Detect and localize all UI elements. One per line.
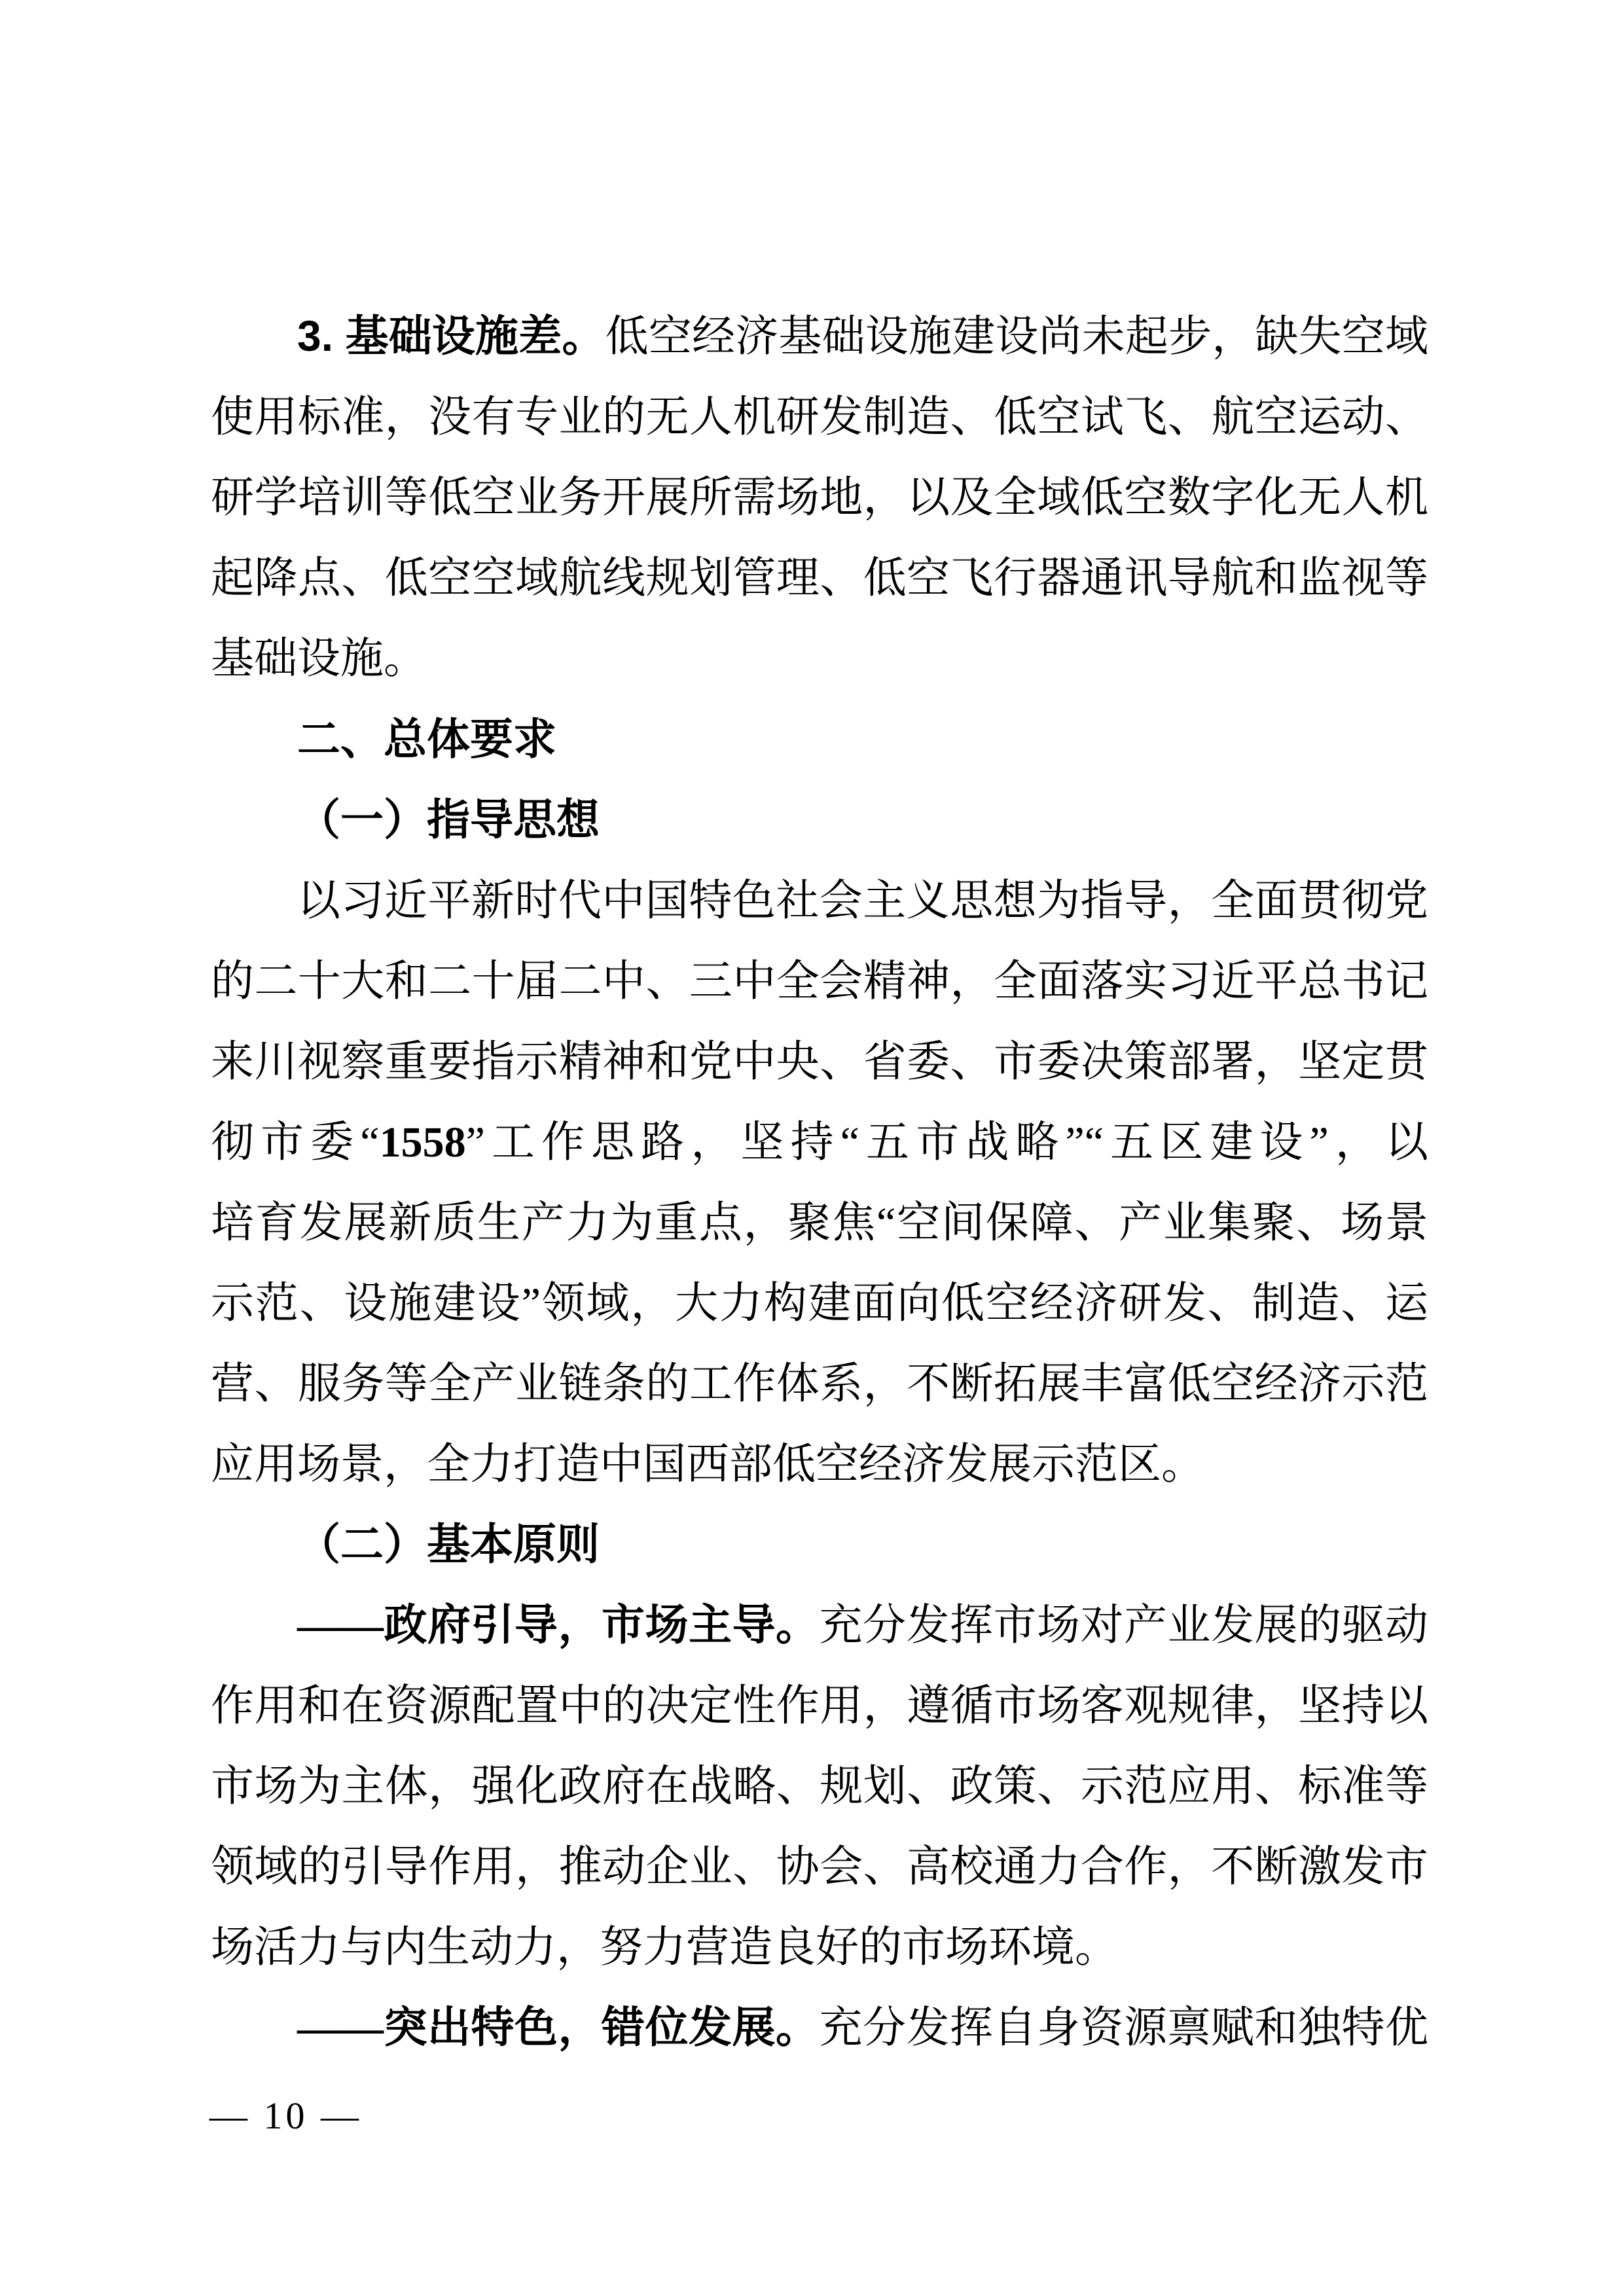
text-line: 基础设施。 — [211, 619, 1428, 699]
emphasis-text-run: 1558 — [380, 1119, 466, 1166]
text-line: 示范、设施建设”领域，大力构建面向低空经济研发、制造、运 — [211, 1263, 1428, 1344]
text-line: 营、服务等全产业链条的工作体系，不断拓展丰富低空经济示范 — [211, 1344, 1428, 1424]
text-line: 的二十大和二十届二中、三中全会精神，全面落实习近平总书记 — [211, 941, 1428, 1022]
text-run: 彻市委“ — [211, 1119, 380, 1166]
text-run: 充分发挥自身资源禀赋和独特优 — [820, 2004, 1429, 2052]
text-line: 市场为主体，强化政府在战略、规划、政策、示范应用、标准等 — [211, 1746, 1428, 1827]
text-line: 使用标准，没有专业的无人机研发制造、低空试飞、航空运动、 — [211, 377, 1428, 457]
text-line: ——政府引导，市场主导。充分发挥市场对产业发展的驱动 — [211, 1585, 1428, 1666]
text-line: 二、总体要求 — [211, 699, 1428, 780]
document-page: 3. 基础设施差。低空经济基础设施建设尚未起步，缺失空域使用标准，没有专业的无人… — [0, 0, 1624, 2296]
emphasis-text-run: ——政府引导，市场主导。 — [297, 1602, 820, 1649]
text-run: 领域的引导作用，推动企业、协会、高校通力合作，不断激发市 — [211, 1843, 1428, 1891]
text-line: ——突出特色，错位发展。充分发挥自身资源禀赋和独特优 — [211, 1988, 1428, 2068]
text-run: 低空经济基础设施建设尚未起步，缺失空域 — [605, 313, 1428, 361]
paragraph: ——突出特色，错位发展。充分发挥自身资源禀赋和独特优 — [211, 1988, 1428, 2068]
text-line: 应用场景，全力打造中国西部低空经济发展示范区。 — [211, 1424, 1428, 1505]
section-heading: （一）指导思想 — [211, 780, 1428, 861]
text-run: 基础设施。 — [211, 635, 427, 683]
text-run: 起降点、低空空域航线规划管理、低空飞行器通讯导航和监视等 — [211, 554, 1428, 602]
text-line: 彻市委“1558”工作思路，坚持“五市战略”“五区建设”，以 — [211, 1102, 1428, 1183]
text-run: 使用标准，没有专业的无人机研发制造、低空试飞、航空运动、 — [211, 393, 1428, 441]
text-run: 充分发挥市场对产业发展的驱动 — [820, 1602, 1429, 1649]
text-run: 市场为主体，强化政府在战略、规划、政策、示范应用、标准等 — [211, 1763, 1428, 1810]
text-line: （二）基本原则 — [211, 1505, 1428, 1585]
emphasis-text-run: （一）指导思想 — [297, 797, 600, 844]
emphasis-text-run: （二）基本原则 — [297, 1521, 600, 1569]
text-run: 示范、设施建设”领域，大力构建面向低空经济研发、制造、运 — [211, 1280, 1428, 1327]
text-run: 来川视察重要指示精神和党中央、省委、市委决策部署，坚定贯 — [211, 1038, 1428, 1086]
text-line: （一）指导思想 — [211, 780, 1428, 861]
text-run: ”工作思路，坚持“五市战略”“五区建设”，以 — [466, 1119, 1428, 1166]
text-run: 以习近平新时代中国特色社会主义思想为指导，全面贯彻党 — [297, 877, 1428, 925]
text-line: 以习近平新时代中国特色社会主义思想为指导，全面贯彻党 — [211, 861, 1428, 941]
section-heading: 二、总体要求 — [211, 699, 1428, 780]
text-run: 营、服务等全产业链条的工作体系，不断拓展丰富低空经济示范 — [211, 1360, 1428, 1408]
text-run: 培育发展新质生产力为重点，聚焦“空间保障、产业集聚、场景 — [211, 1199, 1428, 1247]
text-run: 作用和在资源配置中的决定性作用，遵循市场客观规律，坚持以 — [211, 1682, 1428, 1730]
emphasis-text-run: 二、总体要求 — [297, 715, 556, 763]
text-line: 3. 基础设施差。低空经济基础设施建设尚未起步，缺失空域 — [211, 296, 1428, 377]
paragraph: ——政府引导，市场主导。充分发挥市场对产业发展的驱动作用和在资源配置中的决定性作… — [211, 1585, 1428, 1988]
text-line: 培育发展新质生产力为重点，聚焦“空间保障、产业集聚、场景 — [211, 1183, 1428, 1263]
emphasis-text-run: 3. 基础设施差。 — [297, 312, 605, 360]
page-number: — 10 — — [209, 2094, 362, 2138]
document-body: 3. 基础设施差。低空经济基础设施建设尚未起步，缺失空域使用标准，没有专业的无人… — [211, 296, 1428, 2068]
text-line: 场活力与内生动力，努力营造良好的市场环境。 — [211, 1907, 1428, 1988]
text-line: 来川视察重要指示精神和党中央、省委、市委决策部署，坚定贯 — [211, 1022, 1428, 1102]
text-run: 的二十大和二十届二中、三中全会精神，全面落实习近平总书记 — [211, 958, 1428, 1005]
text-run: 研学培训等低空业务开展所需场地，以及全域低空数字化无人机 — [211, 474, 1428, 522]
text-run: 应用场景，全力打造中国西部低空经济发展示范区。 — [211, 1441, 1204, 1488]
text-line: 领域的引导作用，推动企业、协会、高校通力合作，不断激发市 — [211, 1827, 1428, 1907]
emphasis-text-run: ——突出特色，错位发展。 — [297, 2004, 820, 2052]
text-line: 研学培训等低空业务开展所需场地，以及全域低空数字化无人机 — [211, 457, 1428, 538]
text-line: 作用和在资源配置中的决定性作用，遵循市场客观规律，坚持以 — [211, 1666, 1428, 1746]
paragraph: 以习近平新时代中国特色社会主义思想为指导，全面贯彻党的二十大和二十届二中、三中全… — [211, 861, 1428, 1505]
section-heading: （二）基本原则 — [211, 1505, 1428, 1585]
paragraph: 3. 基础设施差。低空经济基础设施建设尚未起步，缺失空域使用标准，没有专业的无人… — [211, 296, 1428, 699]
text-run: 场活力与内生动力，努力营造良好的市场环境。 — [211, 1924, 1118, 1971]
text-line: 起降点、低空空域航线规划管理、低空飞行器通讯导航和监视等 — [211, 538, 1428, 619]
